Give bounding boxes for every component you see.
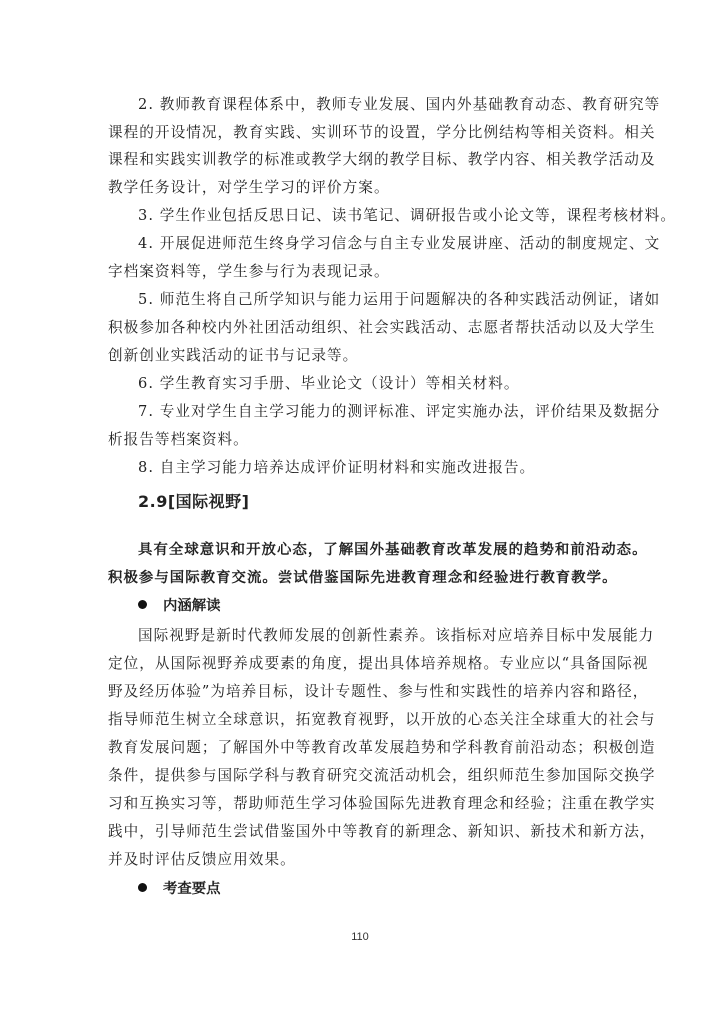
bullet-label: 内涵解读 (163, 598, 221, 614)
item-2-line: 课程和实践实训教学的标准或教学大纲的教学目标、教学内容、相关教学活动及 (108, 150, 614, 170)
interpretation-line: 定位，从国际视野养成要素的角度，提出具体培养规格。专业应以“具备国际视 (108, 654, 614, 674)
interpretation-line: 习和互换实习等，帮助师范生学习体验国际先进教育理念和经验；注重在教学实 (108, 794, 614, 814)
item-2-line: 教学任务设计，对学生学习的评价方案。 (108, 178, 614, 198)
bullet-dot-icon (138, 883, 147, 892)
standard-statement-line: 具有全球意识和开放心态，了解国外基础教育改革发展的趋势和前沿动态。 (138, 540, 614, 560)
interpretation-line: 教育发展问题；了解国外中等教育改革发展趋势和学科教育前沿动态；积极创造 (108, 738, 614, 758)
interpretation-line: 践中，引导师范生尝试借鉴国外中等教育的新理念、新知识、新技术和新方法， (108, 822, 614, 842)
item-2-line: 课程的开设情况，教育实践、实训环节的设置，学分比例结构等相关资料。相关 (108, 123, 614, 143)
bullet-dot-icon (138, 600, 147, 609)
item-5-line: 5. 师范生将自己所学知识与能力运用于问题解决的各种实践活动例证，诸如 (138, 290, 614, 310)
item-2-line: 2. 教师教育课程体系中，教师专业发展、国内外基础教育动态、教育研究等 (138, 95, 614, 115)
item-4-line: 字档案资料等，学生参与行为表现记录。 (108, 262, 614, 282)
item-7-line: 析报告等档案资料。 (108, 430, 614, 450)
bullet-interpretation: 内涵解读 (138, 596, 221, 616)
standard-statement-line: 积极参与国际教育交流。尝试借鉴国际先进教育理念和经验进行教育教学。 (108, 568, 614, 588)
item-8-line: 8. 自主学习能力培养达成评价证明材料和实施改进报告。 (138, 458, 614, 478)
interpretation-line: 并及时评估反馈应用效果。 (108, 850, 614, 870)
section-heading: 2.9[国际视野] (138, 492, 614, 512)
item-5-line: 积极参加各种校内外社团活动组织、社会实践活动、志愿者帮扶活动以及大学生 (108, 318, 614, 338)
page-number: 110 (0, 931, 720, 943)
interpretation-line: 条件，提供参与国际学科与教育研究交流活动机会，组织师范生参加国际交换学 (108, 766, 614, 786)
bullet-key-points: 考查要点 (138, 879, 221, 899)
item-7-line: 7. 专业对学生自主学习能力的测评标准、评定实施办法，评价结果及数据分 (138, 402, 614, 422)
interpretation-line: 指导师范生树立全球意识，拓宽教育视野，以开放的心态关注全球重大的社会与 (108, 710, 614, 730)
interpretation-line: 野及经历体验”为培养目标，设计专题性、参与性和实践性的培养内容和路径， (108, 682, 614, 702)
item-5-line: 创新创业实践活动的证书与记录等。 (108, 346, 614, 366)
bullet-label: 考查要点 (163, 881, 221, 897)
interpretation-line: 国际视野是新时代教师发展的创新性素养。该指标对应培养目标中发展能力 (138, 626, 614, 646)
item-4-line: 4. 开展促进师范生终身学习信念与自主专业发展讲座、活动的制度规定、文 (138, 234, 614, 254)
item-6-line: 6. 学生教育实习手册、毕业论文（设计）等相关材料。 (138, 374, 614, 394)
item-3-line: 3. 学生作业包括反思日记、读书笔记、调研报告或小论文等，课程考核材料。 (138, 206, 614, 226)
